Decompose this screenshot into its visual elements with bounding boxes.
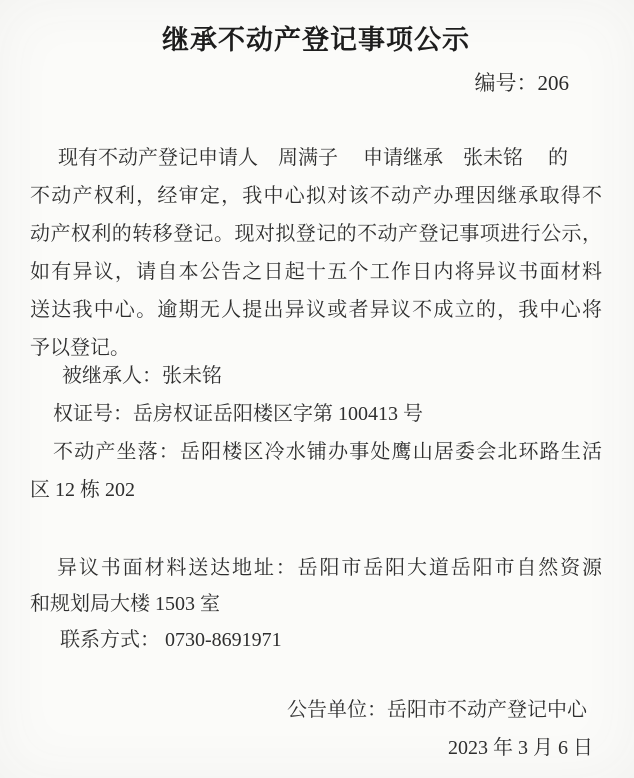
paragraph-line: 现有不动产登记申请人 周满子 申请继承 张未铭 的 [30, 139, 602, 177]
signature-block: 公告单位：岳阳市不动产登记中心 2023 年 3 月 6 日 [30, 691, 602, 767]
contact-phone-line: 联系方式： 0730-8691971 [30, 622, 602, 658]
issuing-unit-line: 公告单位：岳阳市不动产登记中心 [30, 691, 602, 729]
notice-content: 继承不动产登记事项公示 编号：206 现有不动产登记申请人 周满子 申请继承 张… [0, 0, 634, 767]
decedent-line: 被继承人：张未铭 [30, 357, 602, 395]
notice-document-page: 继承不动产登记事项公示 编号：206 现有不动产登记申请人 周满子 申请继承 张… [0, 0, 634, 778]
objection-address-line: 和规划局大楼 1503 室 [30, 586, 602, 622]
issue-date-line: 2023 年 3 月 6 日 [30, 729, 602, 767]
document-number-line: 编号：206 [30, 70, 602, 96]
contact-section: 异议书面材料送达地址：岳阳市岳阳大道岳阳市自然资源 和规划局大楼 1503 室 … [30, 550, 602, 658]
property-location-line: 区 12 栋 202 [30, 471, 602, 509]
document-number-value: 206 [538, 71, 570, 95]
objection-address-line: 异议书面材料送达地址：岳阳市岳阳大道岳阳市自然资源 [30, 550, 602, 586]
certificate-number-line: 权证号：岳房权证岳阳楼区字第 100413 号 [30, 395, 602, 433]
paragraph-line: 不动产权利，经审定，我中心拟对该不动产办理因继承取得不 [30, 177, 602, 215]
registration-details: 被继承人：张未铭 权证号：岳房权证岳阳楼区字第 100413 号 不动产坐落：岳… [30, 357, 602, 509]
notice-paragraph: 现有不动产登记申请人 周满子 申请继承 张未铭 的 不动产权利，经审定，我中心拟… [30, 139, 602, 367]
document-title: 继承不动产登记事项公示 [30, 0, 602, 56]
paragraph-line: 送达我中心。逾期无人提出异议或者异议不成立的，我中心将 [30, 291, 602, 329]
paragraph-line: 动产权利的转移登记。现对拟登记的不动产登记事项进行公示， [30, 215, 602, 253]
paragraph-line: 如有异议，请自本公告之日起十五个工作日内将异议书面材料 [30, 253, 602, 291]
document-number-label: 编号： [475, 71, 538, 95]
property-location-line: 不动产坐落：岳阳楼区冷水铺办事处鹰山居委会北环路生活 [30, 433, 602, 471]
